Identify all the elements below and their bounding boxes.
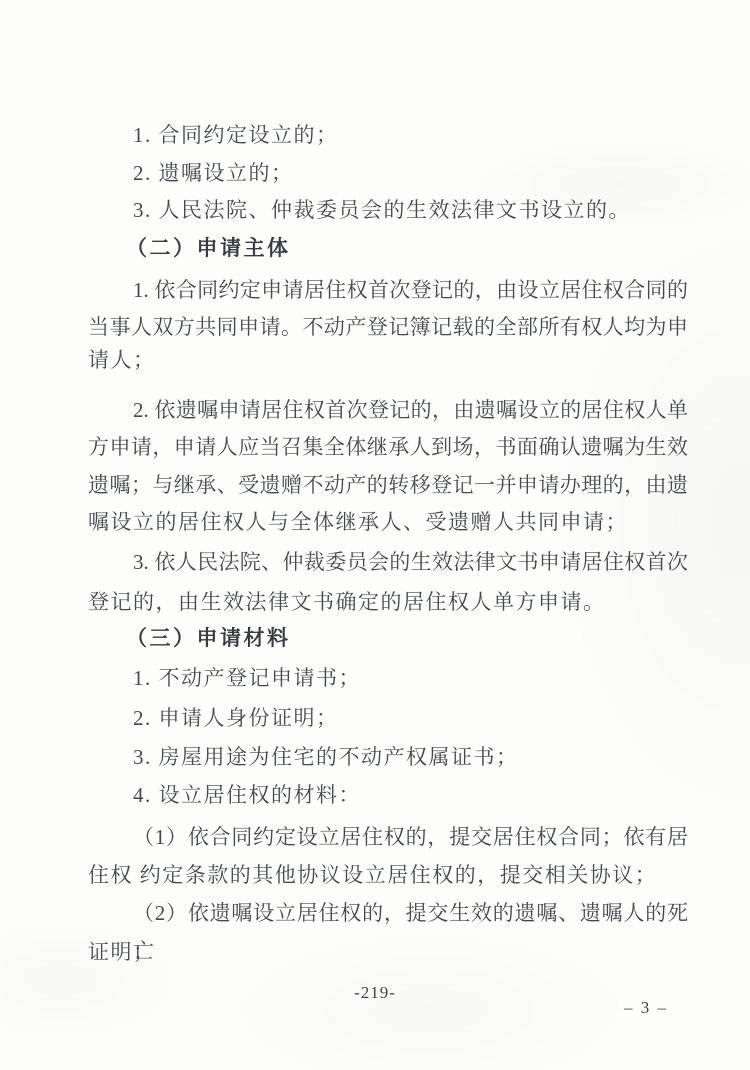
text-line: 1. 不动产登记申请书； [133,659,688,697]
text-line: 遗嘱；与继承、受遗赠不动产的转移登记一并申请办理的，由遗 [88,466,688,504]
section-heading: （三）申请材料 [126,619,726,657]
text-line: 3. 依人民法院、仲裁委员会的生效法律文书申请居住权首次 [133,543,688,581]
text-line: 请人； [88,341,688,379]
text-line: 方申请，申请人应当召集全体继承人到场，书面确认遗嘱为生效 [88,428,688,466]
text-line: 证明； [88,933,688,971]
text-line: （1）依合同约定设立居住权的，提交居住权合同；依有居 [133,818,688,856]
page-number-right: – 3 – [624,993,668,1023]
text-line: 3. 人民法院、仲裁委员会的生效法律文书设立的。 [133,191,688,229]
text-line: 2. 申请人身份证明； [133,699,688,737]
text-line: （2）依遗嘱设立居住权的，提交生效的遗嘱、遗嘱人的死亡 [133,894,688,932]
text-line: 嘱设立的居住权人与全体继承人、受遗赠人共同申请； [88,503,688,541]
section-heading: （二）申请主体 [126,229,726,267]
text-line: 1. 依合同约定申请居住权首次登记的，由设立居住权合同的 [133,271,688,309]
text-line: 2. 遗嘱设立的； [133,154,688,192]
scanned-page: 1. 合同约定设立的； 2. 遗嘱设立的； 3. 人民法院、仲裁委员会的生效法律… [0,0,750,1070]
text-line: 住权 约定条款的其他协议设立居住权的，提交相关协议； [88,856,688,894]
text-line: 1. 合同约定设立的； [133,116,688,154]
text-line: 登记的，由生效法律文书确定的居住权人单方申请。 [88,583,688,621]
text-line: 4. 设立居住权的材料： [133,776,688,814]
text-line: 3. 房屋用途为住宅的不动产权属证书； [133,738,688,776]
text-line: 2. 依遗嘱申请居住权首次登记的，由遗嘱设立的居住权人单 [133,391,688,429]
